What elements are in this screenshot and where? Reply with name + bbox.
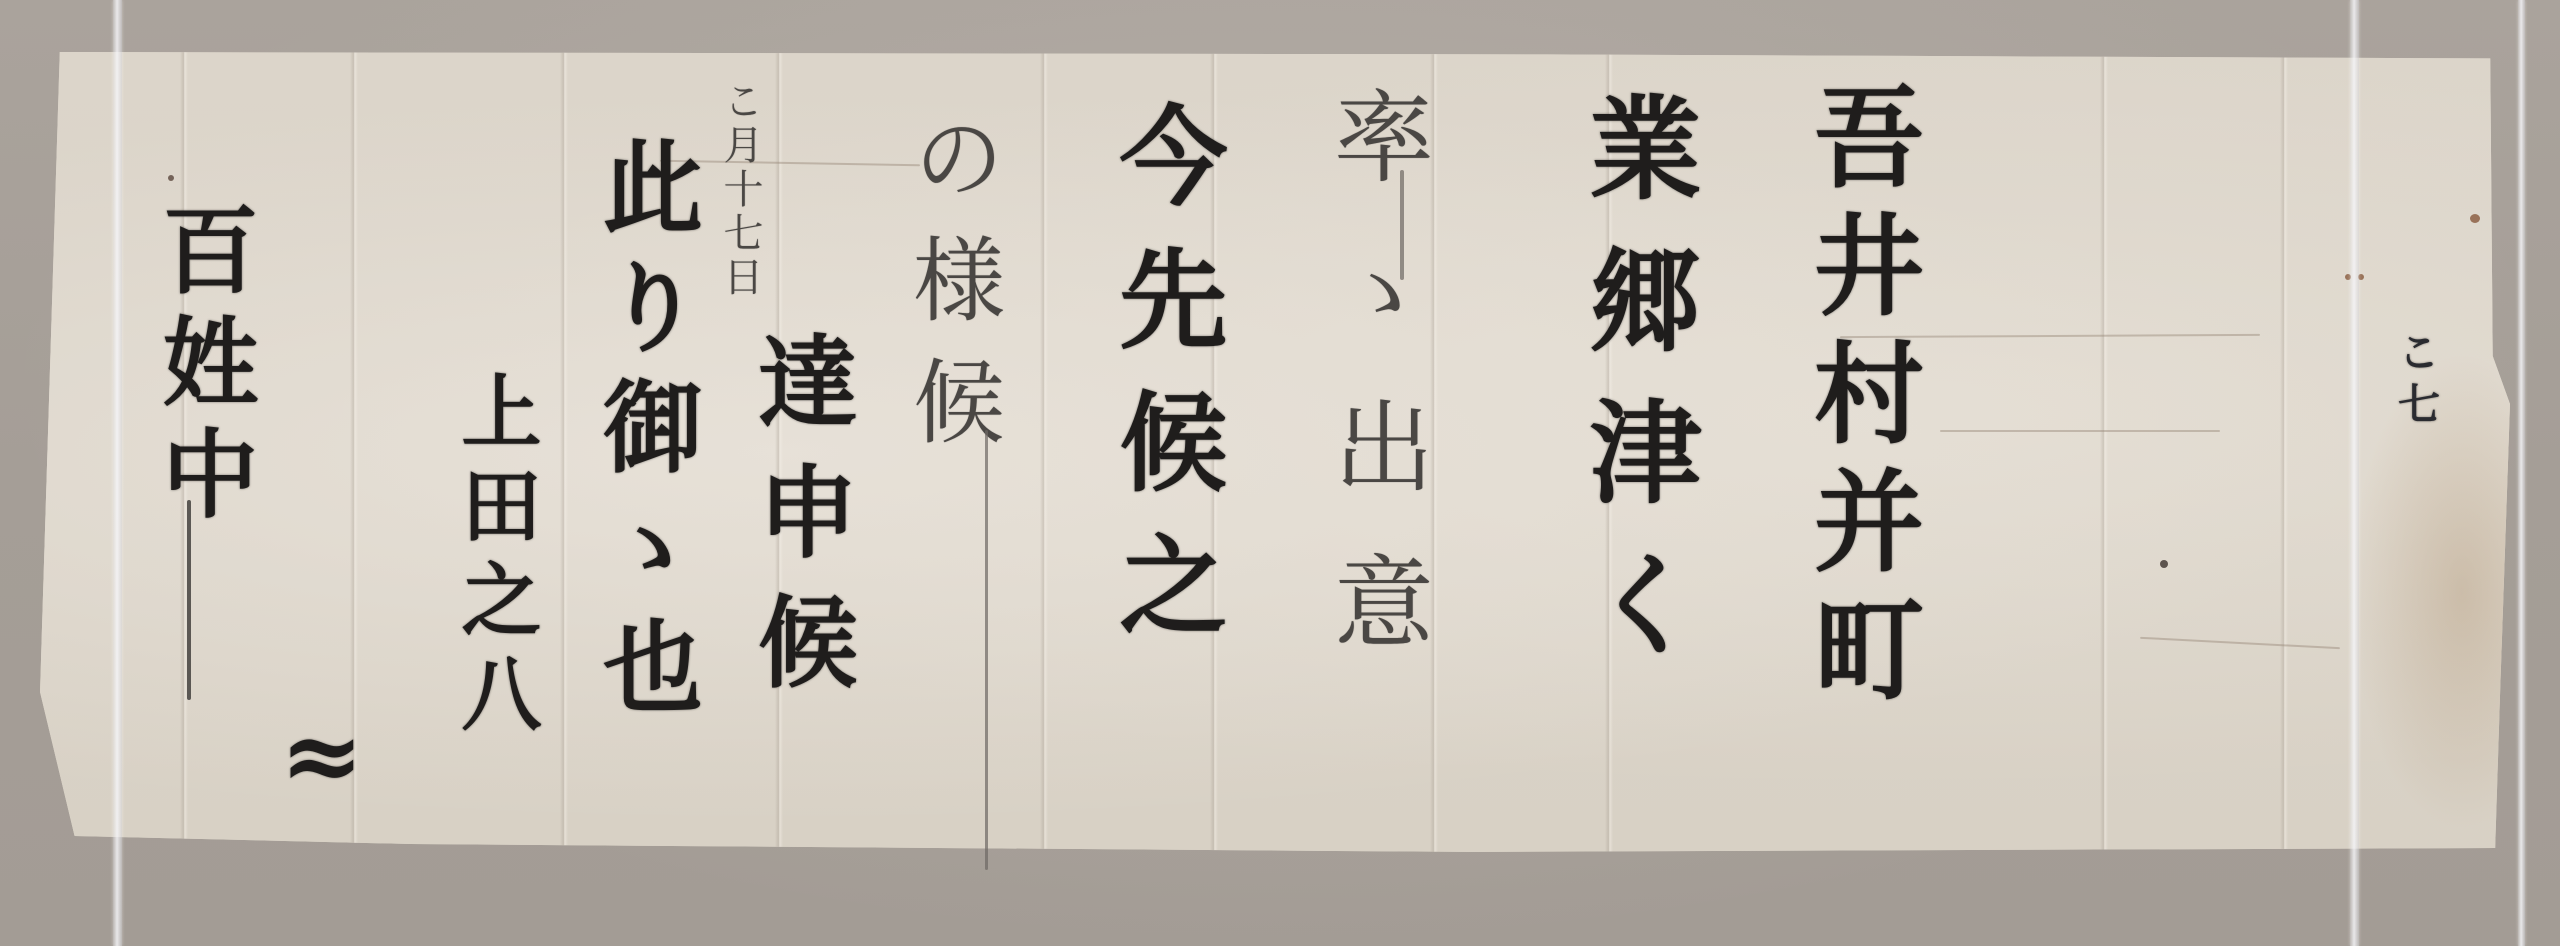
ink-spot	[2160, 560, 2168, 568]
brush-tail	[985, 430, 988, 870]
text-column: の様候	[905, 110, 997, 476]
display-rod-right-1	[2350, 0, 2359, 946]
text-column: 今先候之	[1110, 100, 1218, 672]
date-annotation: こ月十七日	[720, 80, 760, 300]
text-column: 率ゝ出意	[1325, 85, 1425, 705]
brush-tail	[187, 500, 191, 700]
brush-tail	[1400, 170, 1404, 280]
sender-name: 上田之八	[455, 370, 535, 746]
text-column: 此り御ゝ也	[595, 135, 695, 735]
ink-spot	[168, 175, 174, 181]
paper-crease	[2140, 637, 2340, 649]
display-rod-right-2	[2518, 0, 2525, 946]
fold-line	[2280, 52, 2288, 852]
fold-line	[560, 52, 568, 852]
text-column: 吾井村并町	[1805, 80, 1915, 720]
fold-line	[1040, 52, 1048, 852]
manuscript-paper	[40, 52, 2510, 852]
display-rod-left	[113, 0, 122, 946]
kao-glyph: ≈	[280, 696, 372, 814]
fold-line	[2100, 52, 2108, 852]
addressee: 百姓中	[155, 200, 251, 536]
ink-spot	[2470, 214, 2480, 223]
text-column: 業郷津く	[1580, 90, 1692, 698]
display-case: 吾井村并町 業郷津く 率ゝ出意 今先候之 の様候 達申候 こ月十七日 此り御ゝ也…	[0, 0, 2560, 946]
signature-kao: ≈	[280, 705, 372, 805]
paper-crease	[1940, 430, 2220, 432]
text-column: 達申候	[750, 330, 850, 720]
margin-mark: こ七	[2395, 330, 2437, 434]
